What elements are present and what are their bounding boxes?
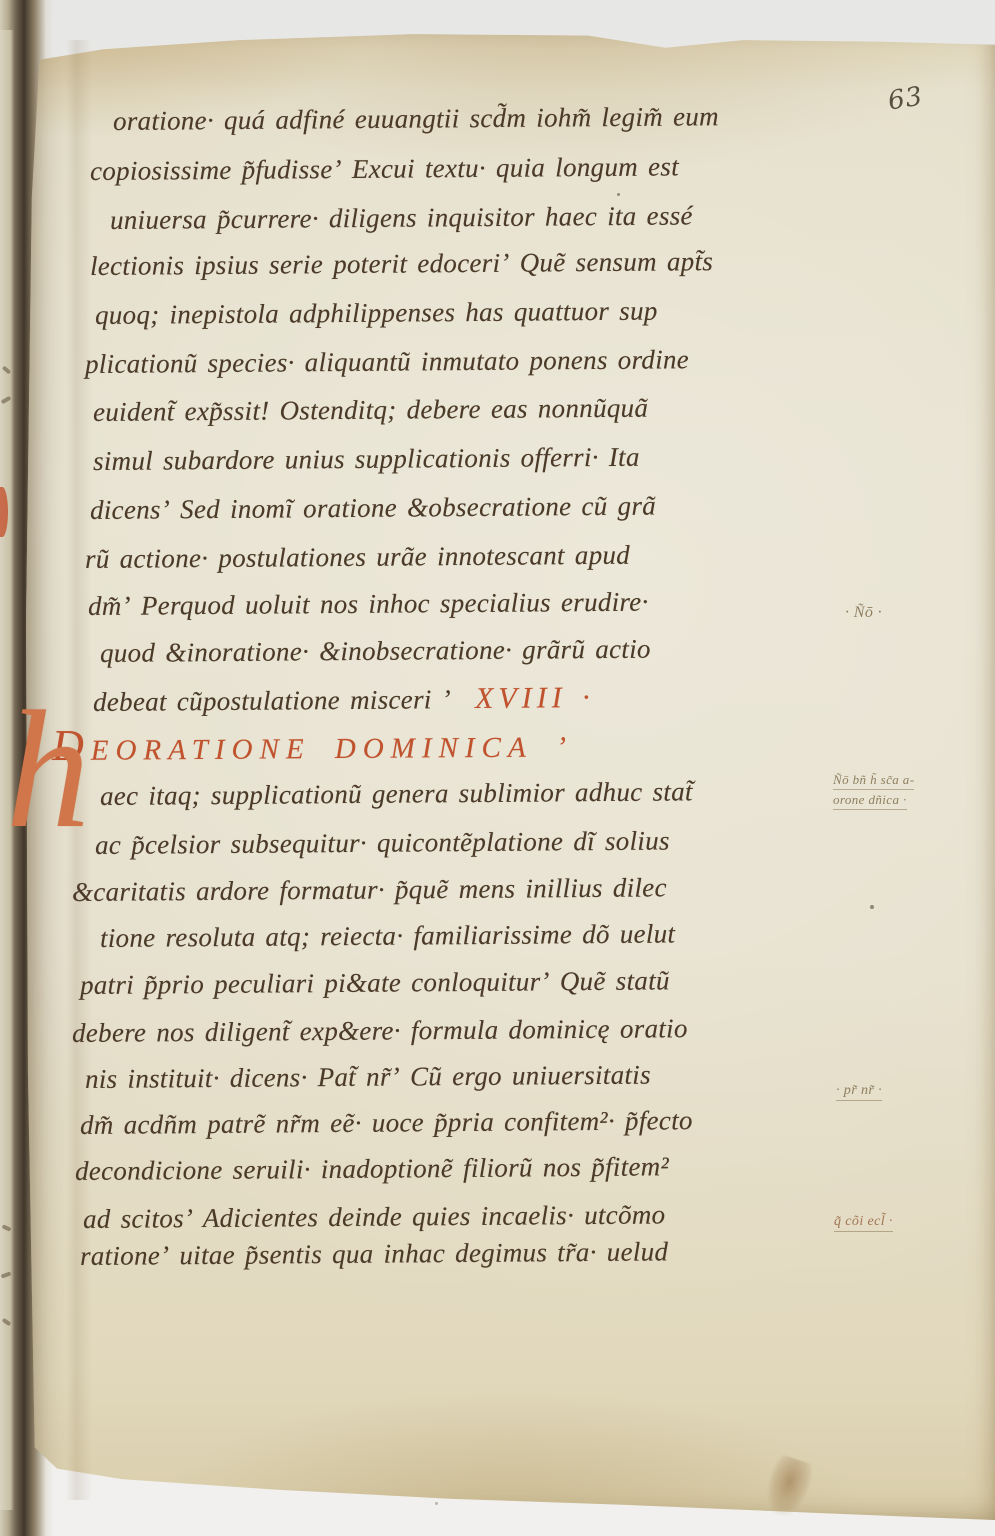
margin-note-oratione-line2: orone dñica ·	[833, 792, 907, 810]
text-line: dm̃ acdñm patrẽ nr̃m eẽ· uoce p̃pria con…	[80, 1105, 693, 1141]
text-line: quod &inoratione· &inobsecratione· grãrũ…	[100, 634, 651, 669]
chapter-number: XVIII ·	[475, 681, 595, 715]
ink-speck	[617, 193, 620, 196]
text-line: dm̃ʼ Perquod uoluit nos inhoc specialius…	[88, 587, 649, 622]
ink-speck	[870, 905, 874, 909]
text-line: simul subardore unius supplicationis off…	[93, 442, 640, 477]
rubric-heading: DEORATIONE DOMINICA ʼ	[52, 716, 573, 771]
text-line: aec itaq; supplicationũ genera sublimior…	[100, 776, 693, 812]
verso-ink-trace	[2, 366, 11, 375]
margin-note-lower: q̃ cõi ecl̃ ·	[834, 1214, 893, 1232]
folio-number: 63	[886, 81, 925, 116]
text-line: oratione· quá adfiné euuangtii scd̃m ioh…	[113, 101, 719, 137]
text-line: uniuersa p̃currere· diligens inquisitor …	[110, 200, 693, 236]
text-line: lectionis ipsius serie poterit edoceriʼ …	[90, 246, 713, 282]
text-line: quoq; inepistola adphilippenses has quat…	[95, 296, 658, 331]
text-line: debeat cũpostulatione misceri ʼ	[93, 684, 451, 717]
margin-note-pater-noster: · pr̃ nr̃ ·	[836, 1083, 882, 1101]
text-line: rũ actione· postulationes urãe innotesca…	[85, 540, 630, 575]
verso-ink-trace	[1, 396, 12, 404]
verso-ink-trace	[2, 1224, 12, 1231]
text-line: copiosissime p̃fudisseʼ Excui textu· qui…	[90, 151, 679, 187]
text-line: ac p̃celsior subsequitur· quicontẽplatio…	[95, 825, 670, 861]
text-line: rationeʼ uitae p̃sentis qua inhac degimu…	[80, 1236, 668, 1272]
margin-note-oratione-line1: Ñō bñ h̃ sc̃a a-	[833, 772, 914, 790]
text-line: euident̃ exp̃ssit! Ostenditq; debere eas…	[93, 393, 648, 428]
parchment-page	[26, 16, 995, 1526]
text-line-with-chapter-number: debeat cũpostulatione misceri ʼ XVIII ·	[93, 681, 595, 719]
text-line: patri p̃prio peculiari pi&ate conloquitu…	[80, 965, 670, 1001]
text-line: nis instituit· dicens· Pat̃ nr̃ʼ Cũ ergo…	[85, 1060, 651, 1095]
text-line: ad scitosʼ Adicientes deinde quies incae…	[83, 1199, 666, 1235]
manuscript-scan: { "folio_number": "63", "colors": { "tex…	[0, 0, 995, 1536]
text-line: decondicione seruili· inadoptionẽ filior…	[75, 1151, 669, 1187]
text-line: debere nos diligent̃ exp&ere· formula do…	[72, 1013, 688, 1049]
decorated-initial-h: h	[6, 686, 90, 854]
text-line: plicationũ species· aliquantũ inmutato p…	[85, 344, 689, 380]
text-line: dicensʼ Sed inomĩ oratione &obsecratione…	[90, 491, 656, 526]
verso-ink-trace	[1, 1271, 12, 1278]
verso-ink-trace	[2, 1318, 12, 1326]
text-line: &caritatis ardore formatur· p̃quẽ mens i…	[72, 872, 667, 908]
margin-note-nota: · Ñō ·	[845, 604, 882, 622]
ink-speck	[435, 1502, 438, 1505]
text-line: tione resoluta atq; reiecta· familiariss…	[100, 918, 676, 954]
